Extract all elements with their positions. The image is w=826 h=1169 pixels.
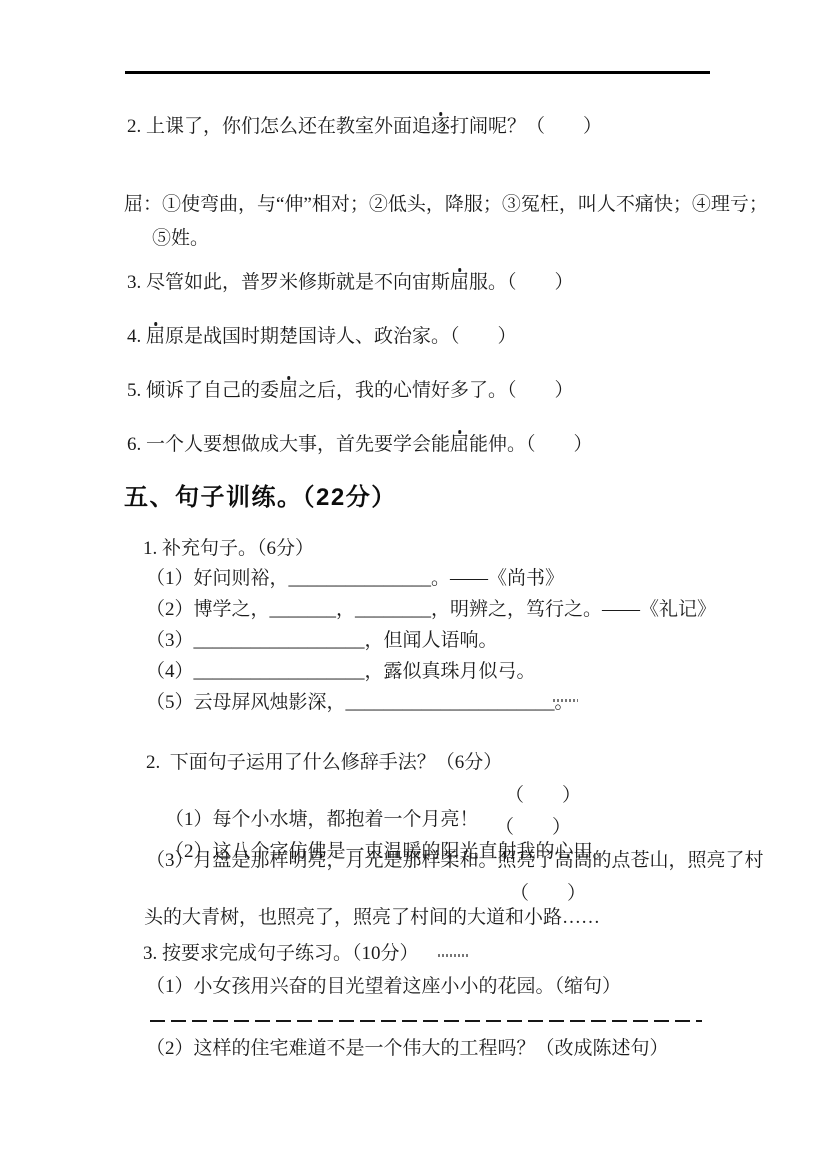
emphasized-character: 屈 [450, 272, 469, 293]
section-heading: 五、句子训练。（22分） [124, 484, 397, 512]
definition-line-2: ⑤姓。 [152, 227, 209, 251]
ink-smudge-2 [438, 954, 468, 957]
text-segment: 5. 倾诉了自己的委 [127, 380, 279, 401]
text-segment: 之后，我的心情好多了。（ ） [298, 380, 574, 401]
emphasized-character: 屈 [146, 326, 165, 347]
q1-item-4: （4）__________________，露似真珠月似弓。 [146, 660, 536, 684]
word-meaning-question-3: 3. 尽管如此，普罗米修斯就是不向宙斯屈服。（ ） [127, 271, 574, 295]
q2-item-3-text: 头的大青树，也照亮了，照亮了村间的大道和小路…… [144, 907, 600, 928]
worksheet-page: 2. 上课了，你们怎么还在教室外面追逐打闹呢？（ ） 屈：①使弯曲，与“伸”相对… [0, 0, 826, 1169]
text-segment: 原是战国时期楚国诗人、政治家。（ ） [165, 326, 517, 347]
header-rule [125, 71, 710, 74]
q2-item-1-answer-bracket: （ ） [505, 784, 581, 808]
text-segment: 服。（ ） [469, 272, 574, 293]
q3-item-1: （1）小女孩用兴奋的目光望着这座小小的花园。（缩句） [146, 975, 621, 999]
answer-blank-line [150, 1020, 702, 1022]
definition-line-1: 屈：①使弯曲，与“伸”相对；②低头，降服；③冤枉，叫人不痛快；④理亏； [124, 193, 768, 217]
q2-item-2-answer-bracket: （ ） [495, 816, 571, 840]
text-segment: 2. 上课了，你们怎么还在教室外面追 [127, 116, 431, 137]
q1-item-1: （1）好问则裕，_______________。——《尚书》 [146, 567, 564, 591]
ink-smudge [553, 699, 578, 702]
text-segment: 能伸。（ ） [469, 434, 593, 455]
q1-item-5: （5）云母屏风烛影深，______________________。 [146, 691, 574, 715]
word-meaning-question-6: 6. 一个人要想做成大事，首先要学会能屈能伸。（ ） [127, 433, 593, 457]
q2-item-3-answer-bracket: （ ） [510, 882, 586, 906]
q2-title: 2. 下面句子运用了什么修辞手法？（6分） [146, 751, 502, 775]
text-segment: 打闹呢？（ ） [450, 116, 602, 137]
text-segment: 6. 一个人要想做成大事，首先要学会能 [127, 434, 450, 455]
word-meaning-question-4: 4. 屈原是战国时期楚国诗人、政治家。（ ） [127, 325, 517, 349]
emphasized-character: 屈 [450, 434, 469, 455]
q3-title: 3. 按要求完成句子练习。（10分） [143, 942, 419, 966]
q2-item-3-line-1: （3）月盘是那样明亮，月光是那样柔和。照亮了高高的点苍山，照亮了村 [146, 849, 764, 873]
text-segment: 3. 尽管如此，普罗米修斯就是不向宙斯 [127, 272, 450, 293]
emphasized-character: 逐 [431, 116, 450, 137]
q1-item-3: （3）__________________，但闻人语响。 [146, 629, 498, 653]
q1-title: 1. 补充句子。（6分） [143, 537, 314, 561]
q1-item-2: （2）博学之，_______，________，明辨之，笃行之。——《礼记》 [146, 598, 716, 622]
emphasized-character: 屈 [279, 380, 298, 401]
q3-item-2: （2）这样的住宅难道不是一个伟大的工程吗？（改成陈述句） [146, 1037, 669, 1061]
text-segment: 4. [127, 326, 146, 347]
word-meaning-question-5: 5. 倾诉了自己的委屈之后，我的心情好多了。（ ） [127, 379, 574, 403]
word-meaning-question-2: 2. 上课了，你们怎么还在教室外面追逐打闹呢？（ ） [127, 115, 602, 139]
